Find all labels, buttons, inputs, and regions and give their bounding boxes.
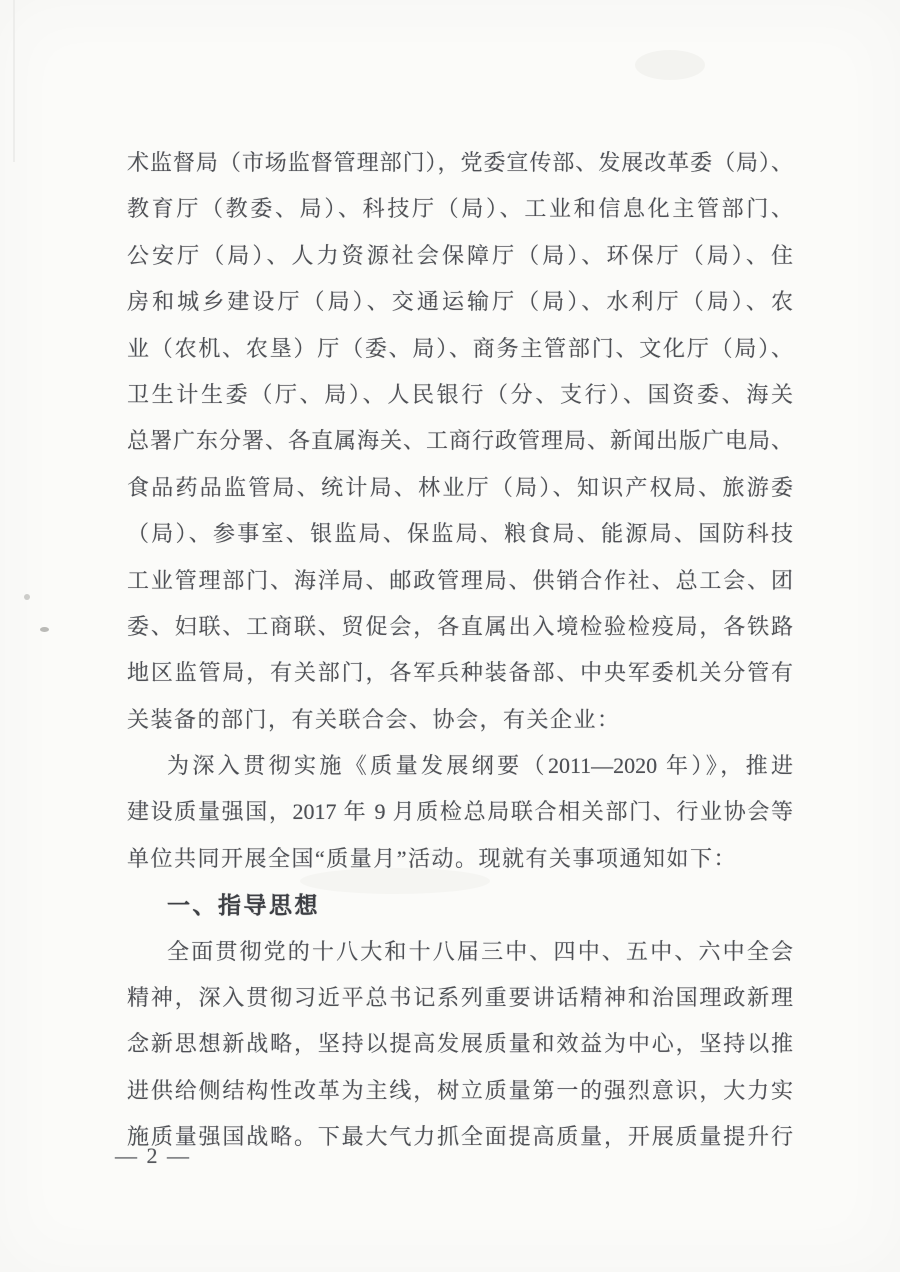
text-line: （局）、参事室、银监局、保监局、粮食局、能源局、国防科技: [127, 511, 793, 557]
section-heading: 一、指导思想: [127, 882, 793, 928]
text-line: 房和城乡建设厅（局）、交通运输厅（局）、水利厅（局）、农: [127, 279, 793, 325]
text-line: 关装备的部门，有关联合会、协会，有关企业：: [127, 697, 793, 743]
text-line-paragraph-start: 全面贯彻党的十八大和十八届三中、四中、五中、六中全会: [127, 929, 793, 975]
text-line: 总署广东分署、各直属海关、工商行政管理局、新闻出版广电局、: [127, 418, 793, 464]
page-number: — 2 —: [115, 1141, 191, 1171]
text-line: 教育厅（教委、局）、科技厅（局）、工业和信息化主管部门、: [127, 186, 793, 232]
text-line: 建设质量强国，2017 年 9 月质检总局联合相关部门、行业协会等: [127, 789, 793, 835]
text-line: 单位共同开展全国“质量月”活动。现就有关事项通知如下：: [127, 836, 793, 882]
text-line-paragraph-start: 为深入贯彻实施《质量发展纲要（2011—2020 年）》，推进: [127, 743, 793, 789]
text-line: 业（农机、农垦）厅（委、局）、商务主管部门、文化厅（局）、: [127, 326, 793, 372]
text-line: 术监督局（市场监督管理部门），党委宣传部、发展改革委（局）、: [127, 140, 793, 186]
text-line: 卫生计生委（厅、局）、人民银行（分、支行）、国资委、海关: [127, 372, 793, 418]
text-line: 进供给侧结构性改革为主线，树立质量第一的强烈意识，大力实: [127, 1068, 793, 1114]
text-line: 施质量强国战略。下最大气力抓全面提高质量，开展质量提升行: [127, 1114, 793, 1160]
scan-smudge: [635, 50, 705, 80]
scanned-document-page: 术监督局（市场监督管理部门），党委宣传部、发展改革委（局）、 教育厅（教委、局）…: [0, 0, 900, 1272]
text-line: 公安厅（局）、人力资源社会保障厅（局）、环保厅（局）、住: [127, 233, 793, 279]
scan-edge-artifact: [13, 0, 15, 162]
text-line: 委、妇联、工商联、贸促会，各直属出入境检验检疫局，各铁路: [127, 604, 793, 650]
text-line: 地区监管局，有关部门，各军兵种装备部、中央军委机关分管有: [127, 650, 793, 696]
document-body-text: 术监督局（市场监督管理部门），党委宣传部、发展改革委（局）、 教育厅（教委、局）…: [127, 140, 793, 1161]
scan-speck: [40, 627, 49, 632]
text-line: 工业管理部门、海洋局、邮政管理局、供销合作社、总工会、团: [127, 558, 793, 604]
scan-speck: [24, 594, 30, 600]
text-line: 精神，深入贯彻习近平总书记系列重要讲话精神和治国理政新理: [127, 975, 793, 1021]
text-line: 食品药品监管局、统计局、林业厅（局）、知识产权局、旅游委: [127, 465, 793, 511]
text-line: 念新思想新战略，坚持以提高发展质量和效益为中心，坚持以推: [127, 1021, 793, 1067]
